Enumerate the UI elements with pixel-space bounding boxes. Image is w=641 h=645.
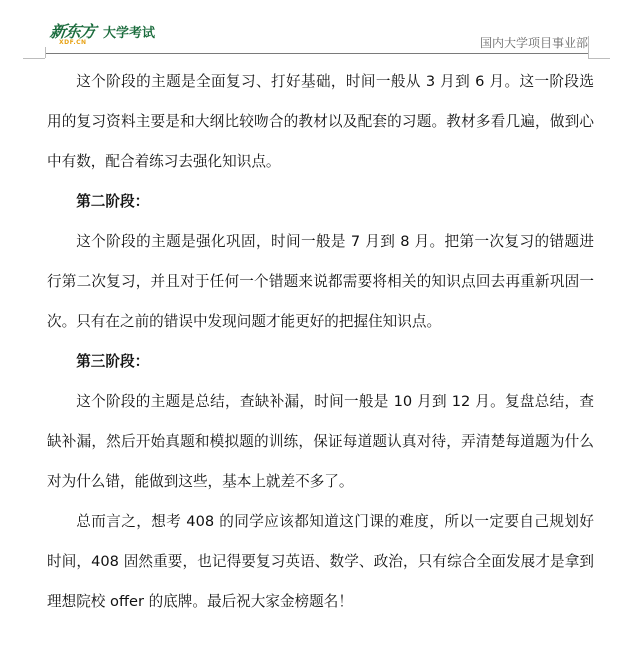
crop-mark-left-vertical <box>45 47 46 58</box>
header-divider <box>46 53 588 54</box>
paragraph-conclusion: 总而言之，想考 408 的同学应该都知道这门课的难度，所以一定要自己规划好时间，… <box>47 502 594 622</box>
department-label: 国内大学项目事业部 <box>480 36 588 50</box>
paragraph-stage-two: 这个阶段的主题是强化巩固，时间一般是 7 月到 8 月。把第一次复习的错题进行第… <box>47 222 594 342</box>
logo-text: 新东方 <box>49 24 96 40</box>
page-header: 新东方 XDF.CN 大学考试 国内大学项目事业部 <box>0 0 641 60</box>
crop-mark-left-horizontal <box>23 58 45 59</box>
xdf-logo: 新东方 XDF.CN <box>50 24 106 46</box>
document-body: 这个阶段的主题是全面复习、打好基础，时间一般从 3 月到 6 月。这一阶段选用的… <box>47 62 594 622</box>
paragraph-stage-three: 这个阶段的主题是总结，查缺补漏，时间一般是 10 月到 12 月。复盘总结，查缺… <box>47 382 594 502</box>
heading-stage-three: 第三阶段： <box>47 342 594 382</box>
heading-stage-two: 第二阶段： <box>47 182 594 222</box>
crop-mark-right-vertical <box>588 36 589 58</box>
crop-mark-right-horizontal <box>588 58 610 59</box>
paragraph-stage-one: 这个阶段的主题是全面复习、打好基础，时间一般从 3 月到 6 月。这一阶段选用的… <box>47 62 594 182</box>
logo-subtext: XDF.CN <box>59 39 87 46</box>
brand-subtitle: 大学考试 <box>103 26 155 42</box>
